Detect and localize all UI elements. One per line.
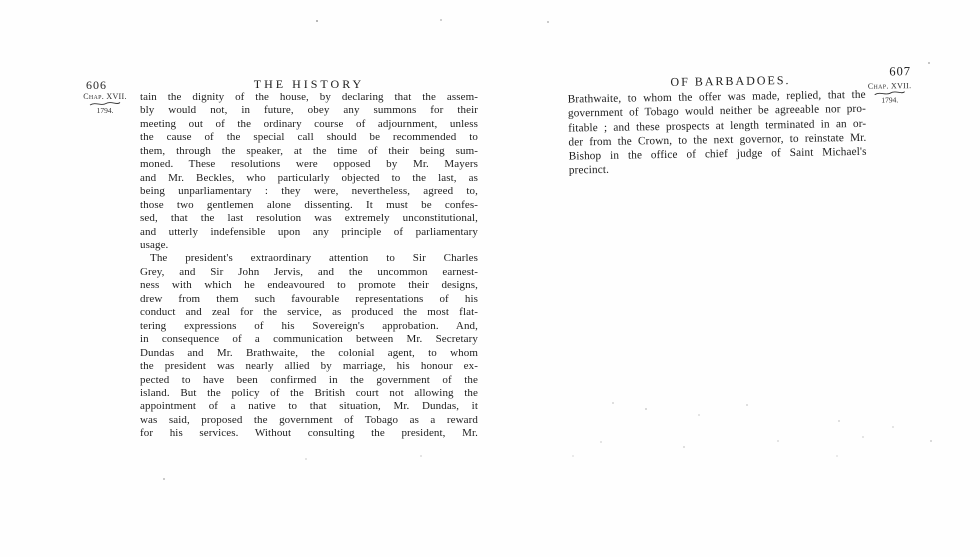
text-line: meeting out of the ordinary course of ad…: [140, 118, 478, 131]
text-line: the cause of the special call should be …: [140, 131, 478, 144]
left-margin-year: 1794.: [76, 107, 134, 114]
right-page-text: Brathwaite, to whom the offer was made, …: [568, 88, 867, 178]
right-margin-note: Chap. XVII. 1794.: [863, 82, 917, 104]
text-line: appointment of a native to that situatio…: [140, 400, 478, 413]
right-margin-year: 1794.: [863, 96, 917, 104]
right-page: OF BARBADOES. 607 Chap. XVII. 1794. Brat…: [559, 49, 980, 486]
text-line: the president was nearly allied by marri…: [140, 360, 478, 373]
text-line: moned. These resolutions were opposed by…: [140, 158, 478, 171]
right-page-number: 607: [889, 64, 911, 79]
text-line: Dundas and Mr. Brathwaite, the colonial …: [140, 347, 478, 360]
text-line: bly would not, in future, obey any summo…: [140, 104, 478, 117]
left-margin-chapter: Chap. XVII.: [76, 93, 134, 101]
text-line: and Mr. Beckles, who particularly object…: [140, 172, 478, 185]
text-line: tering expressions of his Sovereign's ap…: [140, 320, 478, 333]
text-line: tain the dignity of the house, by declar…: [140, 91, 478, 104]
text-line: Grey, and Sir John Jervis, and the uncom…: [140, 266, 478, 279]
text-line: ness with which he endeavoured to promot…: [140, 279, 478, 292]
text-line: those two gentlemen alone dissenting. It…: [140, 199, 478, 212]
scan-noise: [0, 0, 2, 2]
left-running-header: THE HISTORY: [140, 77, 478, 92]
text-line: them, through the speaker, at the time o…: [140, 145, 478, 158]
text-line: being unparliamentary : they were, never…: [140, 185, 478, 198]
text-line: conduct and zeal for the service, as pro…: [140, 306, 478, 319]
left-page-number: 606: [86, 78, 107, 93]
text-line: sed, that the last resolution was extrem…: [140, 212, 478, 225]
right-margin-chapter: Chap. XVII.: [863, 82, 917, 91]
text-line: was said, proposed the government of Tob…: [140, 414, 478, 427]
text-line: in consequence of a communication betwee…: [140, 333, 478, 346]
text-line: usage.: [140, 239, 478, 252]
left-page-text: tain the dignity of the house, by declar…: [140, 91, 478, 441]
text-line: drew from them such favourable represent…: [140, 293, 478, 306]
text-line: island. But the policy of the British co…: [140, 387, 478, 400]
book-scan-spread: 606 THE HISTORY Chap. XVII. 1794. tain t…: [0, 0, 980, 557]
text-line: pected to have been confirmed in the gov…: [140, 374, 478, 387]
text-line: The president's extraordinary attention …: [140, 252, 478, 265]
text-line: and utterly indefensible upon any princi…: [140, 226, 478, 239]
text-line: for his services. Without consulting the…: [140, 427, 478, 440]
left-margin-note: Chap. XVII. 1794.: [76, 93, 134, 114]
